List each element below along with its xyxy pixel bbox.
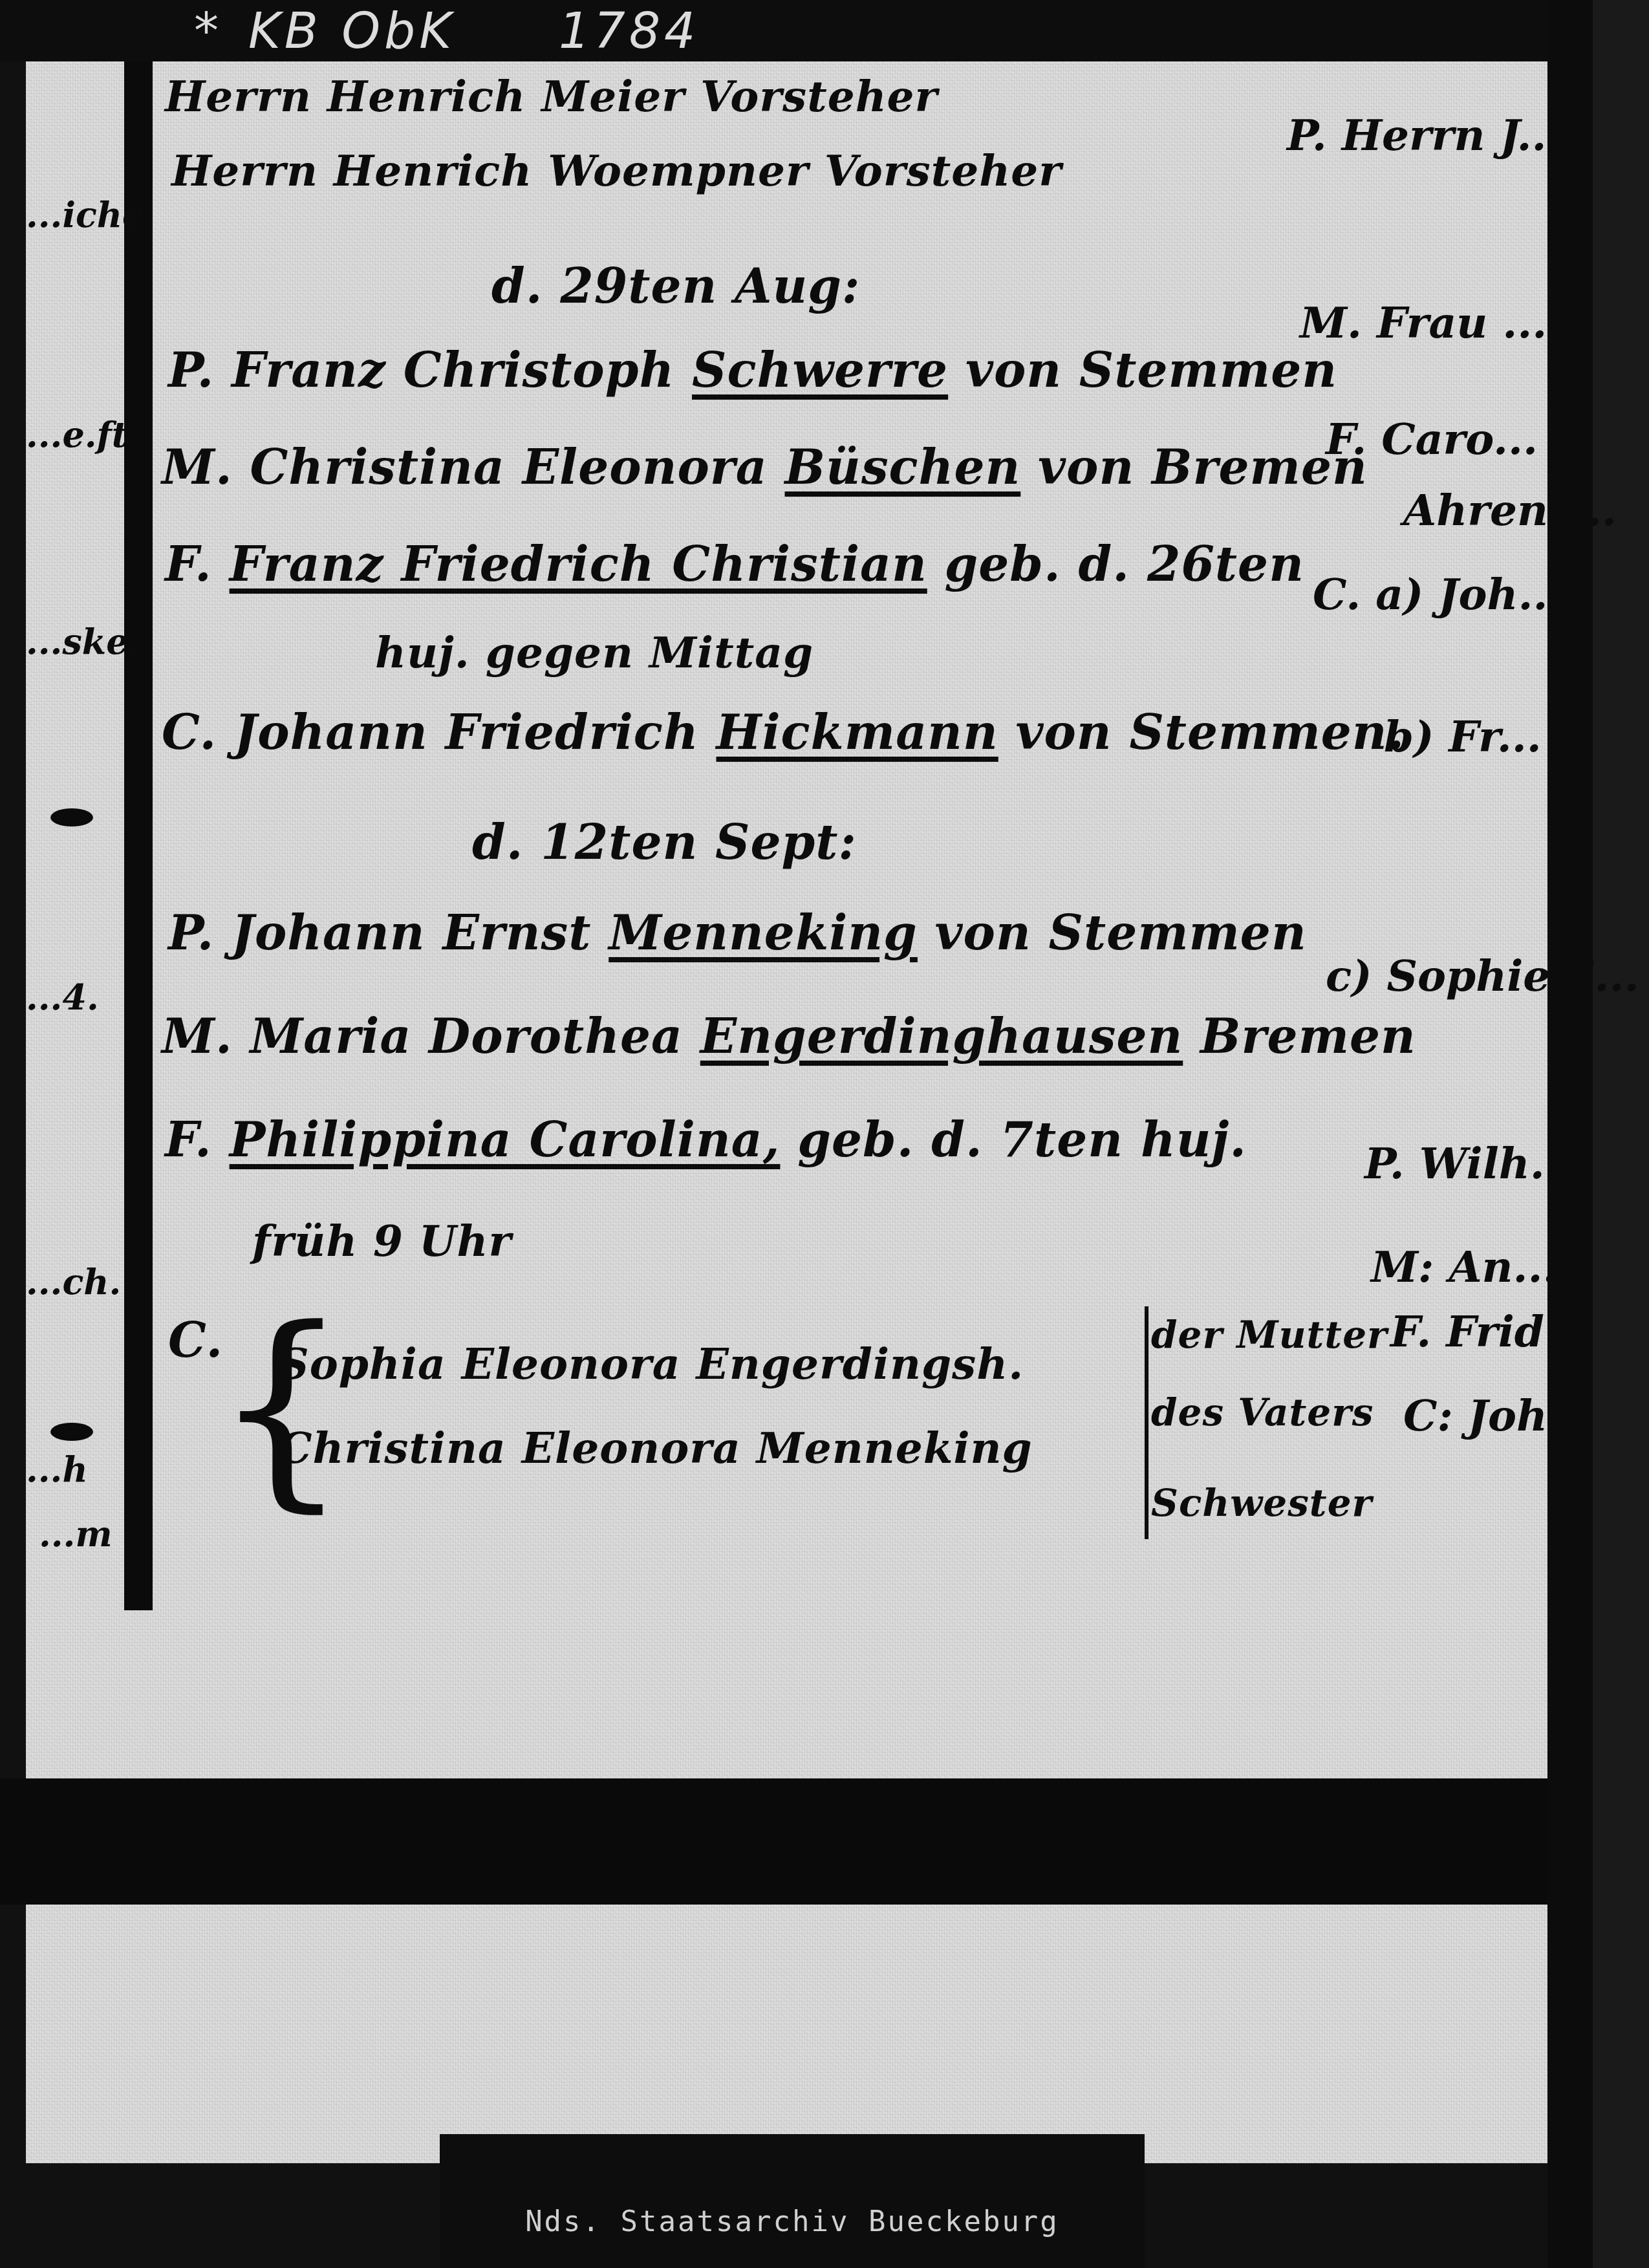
compater-surname: Hickmann bbox=[717, 705, 998, 761]
right-column-line: M. Frau ... bbox=[1300, 297, 1547, 348]
compater-name: Johann Friedrich bbox=[234, 705, 699, 761]
pater-place: von Stemmen bbox=[935, 905, 1307, 961]
mater-name: Christina Eleonora bbox=[250, 440, 767, 495]
punch-hole-icon bbox=[50, 808, 93, 826]
archive-signature: KB ObK bbox=[248, 2, 455, 59]
sponsor-relation: des Vaters bbox=[1151, 1390, 1374, 1434]
header-line: Herrn Henrich Woempner Vorsteher bbox=[171, 146, 1062, 196]
margin-note: ...m bbox=[39, 1513, 113, 1555]
right-column-line: b) Fr... bbox=[1384, 711, 1542, 762]
pater-name: Franz Christoph bbox=[232, 343, 674, 398]
mater-place: von Bremen bbox=[1038, 440, 1368, 495]
margin-rule bbox=[124, 61, 153, 1610]
compater-place: von Stemmen. bbox=[1015, 705, 1405, 761]
archive-label-box bbox=[440, 2134, 1145, 2268]
right-column-line: F. Caro... bbox=[1326, 414, 1538, 464]
filius-name: Philippina Carolina, bbox=[230, 1112, 781, 1168]
margin-note: ...e.ft bbox=[26, 414, 128, 455]
pater-name: Johann Ernst bbox=[232, 905, 592, 961]
sponsor-relation: Schwester bbox=[1151, 1481, 1372, 1525]
pater-place: von Stemmen bbox=[965, 343, 1337, 398]
sponsor-name: Christina Eleonora Menneking bbox=[278, 1423, 1033, 1473]
entry-mater: M. Maria Dorothea Engerdinghausen Bremen bbox=[162, 1009, 1416, 1064]
header-line: Herrn Henrich Meier Vorsteher bbox=[165, 71, 938, 122]
filius-birth-time: huj. gegen Mittag bbox=[375, 627, 814, 678]
pater-surname: Menneking bbox=[609, 905, 918, 961]
pater-marker: P. bbox=[168, 905, 214, 961]
mater-surname: Engerdinghausen bbox=[700, 1009, 1183, 1064]
archive-star: * bbox=[194, 2, 222, 59]
filius-birth: geb. d. 7ten huj. bbox=[797, 1112, 1247, 1168]
mater-marker: M. bbox=[162, 440, 233, 495]
right-column-line: M: An... bbox=[1371, 1242, 1558, 1292]
entry-mater: M. Christina Eleonora Büschen von Bremen bbox=[162, 440, 1368, 495]
filius-name: Franz Friedrich Christian bbox=[230, 537, 927, 592]
right-column-line: C: Joh... bbox=[1403, 1390, 1592, 1441]
right-column-line: Ahrens... bbox=[1403, 485, 1617, 535]
brace-icon: { bbox=[213, 1300, 349, 1513]
pater-marker: P. bbox=[168, 343, 214, 398]
right-column-line: F. Frid... bbox=[1390, 1306, 1589, 1357]
entry-pater: P. Franz Christoph Schwerre von Stemmen bbox=[168, 343, 1337, 398]
right-column-line: P. Herrn J... bbox=[1287, 110, 1562, 160]
entry-compater: C. Johann Friedrich Hickmann von Stemmen… bbox=[162, 705, 1405, 761]
mater-place: Bremen bbox=[1200, 1009, 1416, 1064]
mater-surname: Büschen bbox=[785, 440, 1021, 495]
compater-marker: C. bbox=[162, 705, 217, 761]
film-gap-band bbox=[0, 1778, 1547, 1905]
margin-note: ...ch. bbox=[26, 1261, 121, 1302]
entry-date: d. 12ten Sept: bbox=[472, 815, 857, 870]
margin-note: ...iche bbox=[26, 194, 144, 235]
filius-birth: geb. d. 26ten bbox=[945, 537, 1304, 592]
filius-marker: F. bbox=[165, 537, 212, 592]
pater-surname: Schwerre bbox=[692, 343, 948, 398]
archive-year: 1784 bbox=[559, 2, 699, 59]
left-page-strip bbox=[26, 61, 123, 1639]
entry-pater: P. Johann Ernst Menneking von Stemmen bbox=[168, 905, 1307, 961]
mater-name: Maria Dorothea bbox=[250, 1009, 683, 1064]
entry-filius: F. Philippina Carolina, geb. d. 7ten huj… bbox=[165, 1112, 1247, 1168]
margin-note: ...4. bbox=[26, 977, 99, 1018]
filius-birth-time: früh 9 Uhr bbox=[252, 1216, 512, 1266]
next-frame-paper bbox=[26, 1905, 1547, 2163]
punch-hole-icon bbox=[50, 1423, 93, 1441]
right-column-line: P. Wilh... bbox=[1364, 1138, 1575, 1189]
margin-note: ...h bbox=[26, 1449, 88, 1490]
right-column-line: c) Sophie S... bbox=[1326, 951, 1639, 1001]
sponsor-relation: der Mutter bbox=[1151, 1313, 1388, 1357]
archive-label: Nds. Staatsarchiv Bueckeburg bbox=[440, 2205, 1145, 2238]
filius-marker: F. bbox=[165, 1112, 212, 1168]
mater-marker: M. bbox=[162, 1009, 233, 1064]
relation-bracket-line bbox=[1145, 1306, 1148, 1539]
margin-note: ...ske. bbox=[26, 621, 140, 662]
right-frame-inner bbox=[1547, 0, 1593, 2268]
entry-date: d. 29ten Aug: bbox=[491, 259, 860, 314]
entry-filius: F. Franz Friedrich Christian geb. d. 26t… bbox=[165, 537, 1304, 592]
sponsor-name: Sophia Eleonora Engerdingsh. bbox=[278, 1339, 1024, 1389]
archive-signature-mark: * KB ObK 1784 bbox=[194, 0, 699, 61]
right-column-line: C. a) Joh... bbox=[1313, 569, 1562, 620]
